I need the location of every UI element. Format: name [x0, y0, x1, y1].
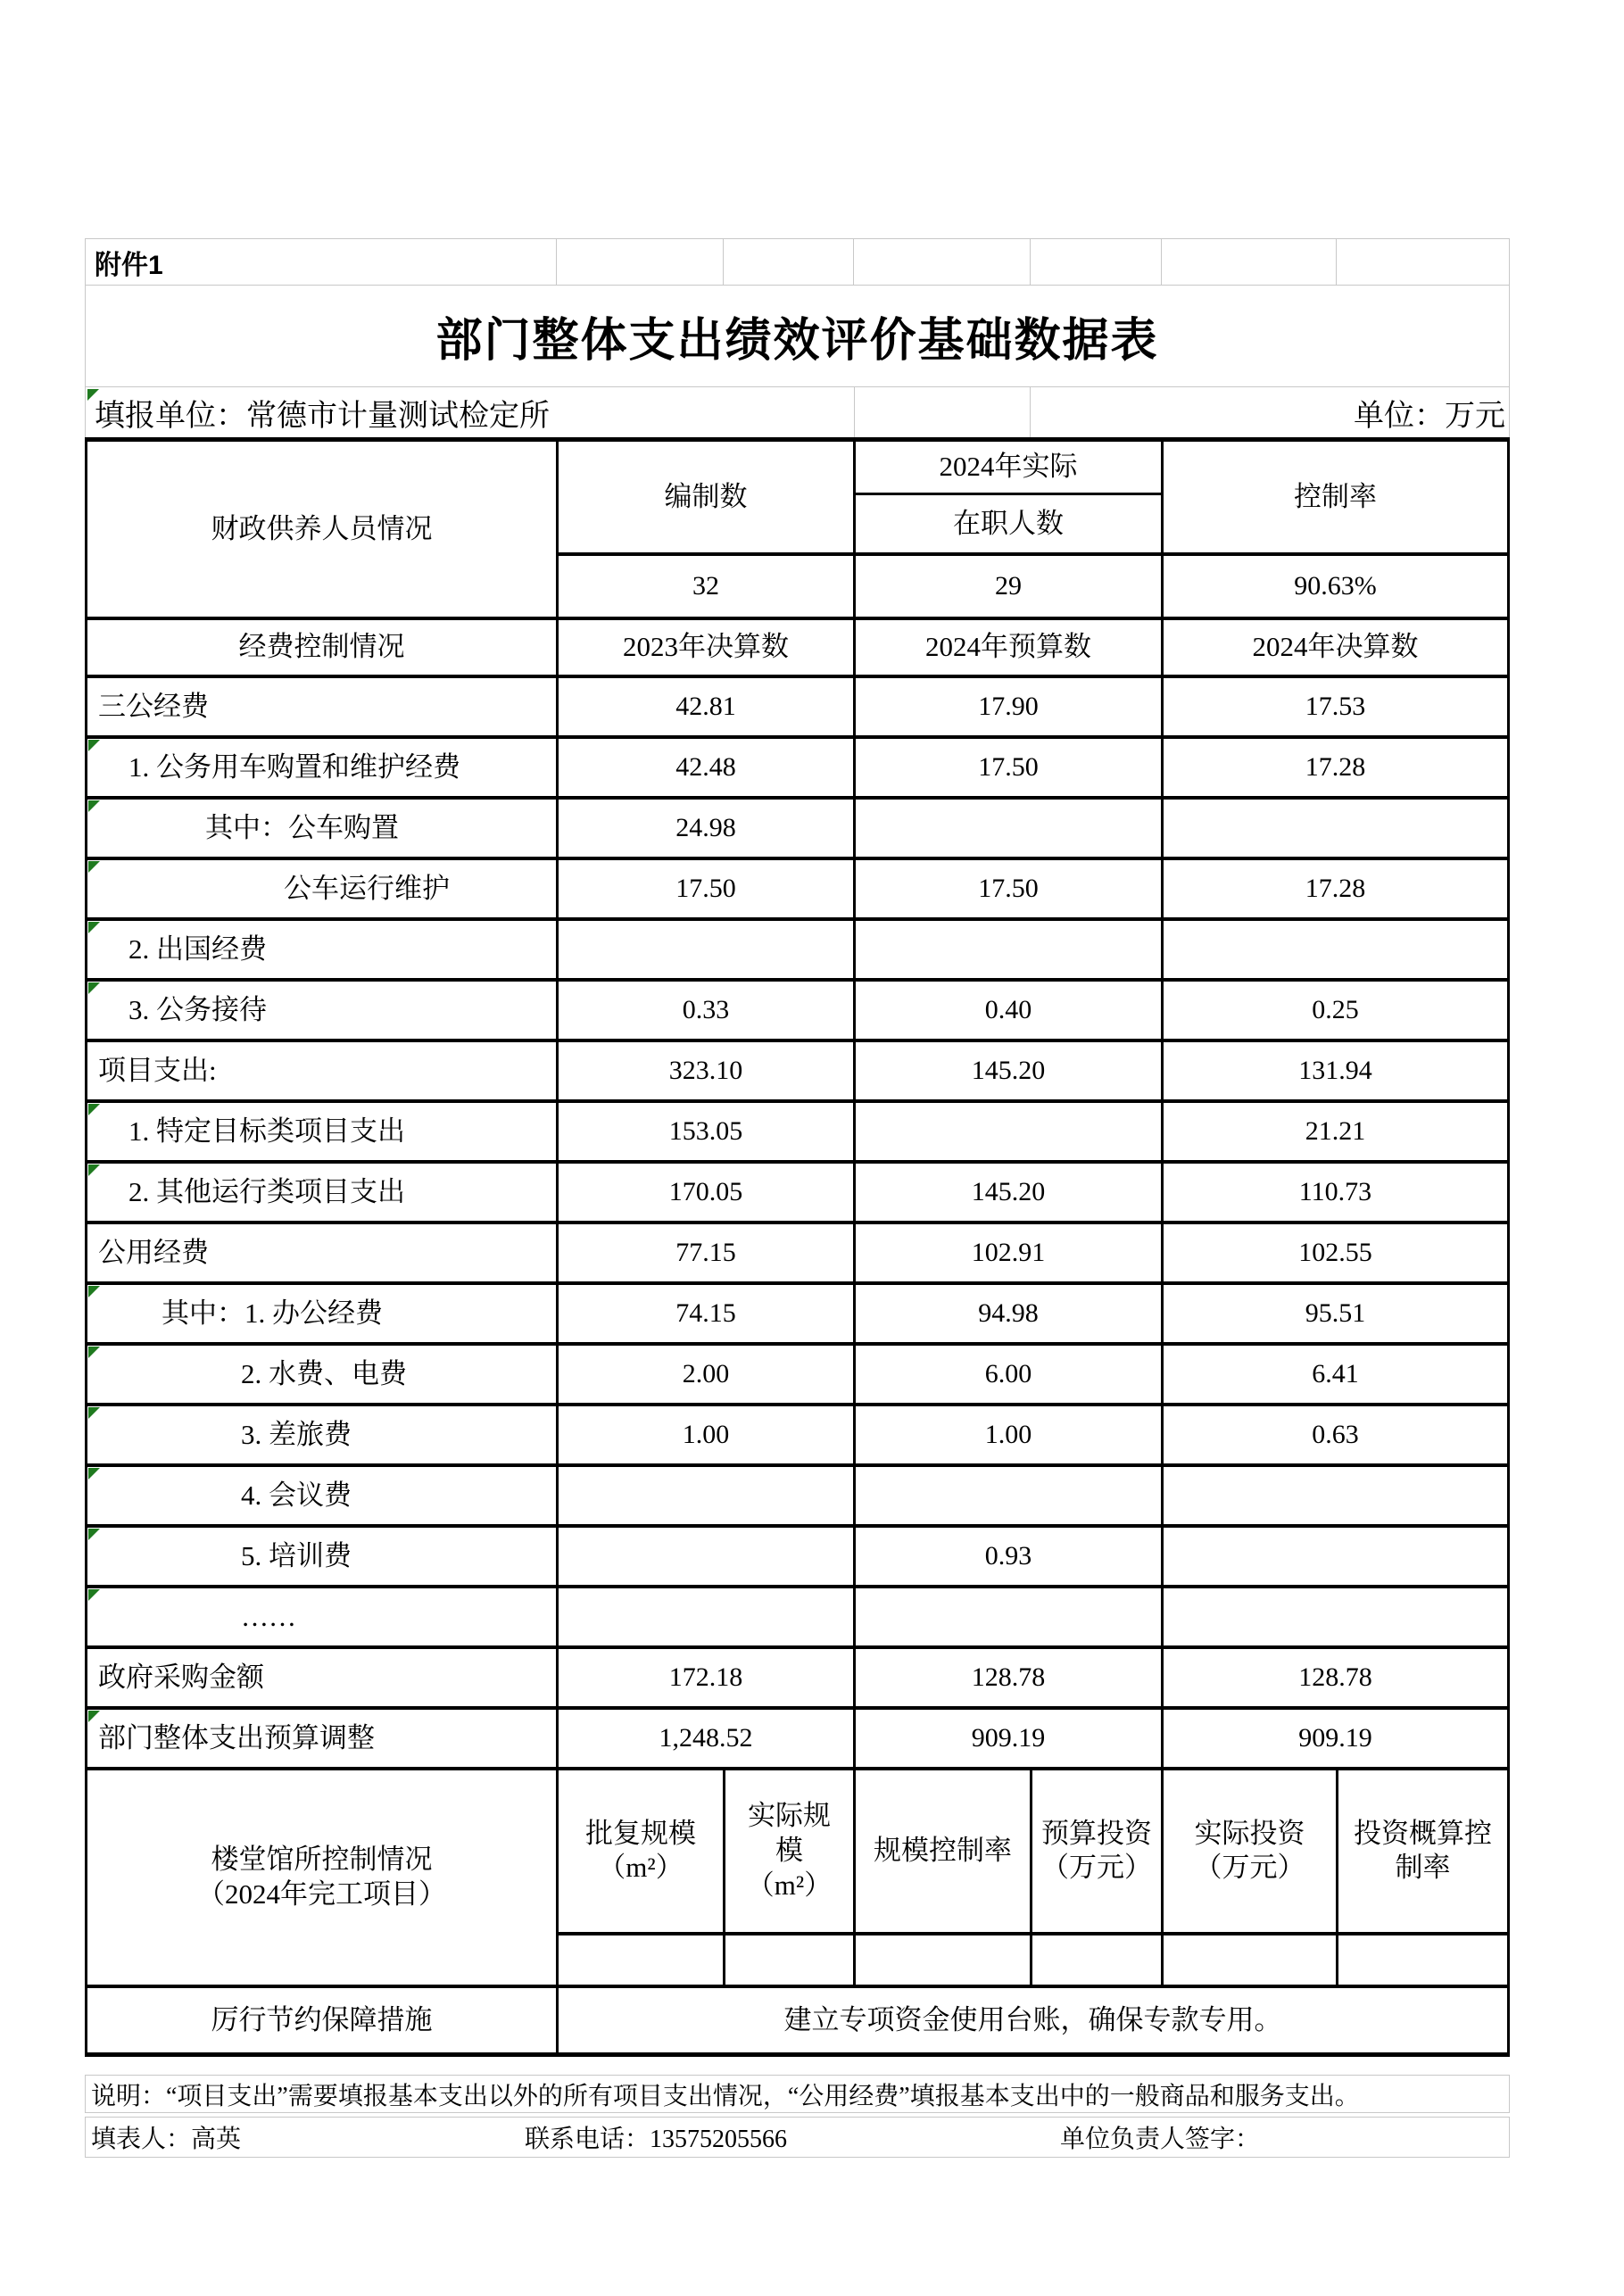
table-row: 政府采购金额 172.18 128.78 128.78: [87, 1649, 1507, 1710]
title-row: 部门整体支出绩效评价基础数据表: [85, 286, 1510, 387]
row-label: 2. 其他运行类项目支出: [128, 1175, 405, 1210]
value-2024-final: 128.78: [1164, 1649, 1507, 1706]
row-label: 公用经费: [98, 1236, 209, 1271]
value-2024-final: [1164, 921, 1507, 978]
col-2024-final: 2024年决算数: [1164, 620, 1507, 675]
control-rate-value: 90.63%: [1164, 556, 1507, 617]
cell-marker-icon: [88, 740, 100, 751]
row-label-cell: 2. 其他运行类项目支出: [87, 1164, 559, 1221]
row-label: 5. 培训费: [241, 1539, 352, 1574]
value-2024-final: 17.28: [1164, 860, 1507, 917]
building-subheader-row: 批复规模 （m²） 实际规 模 （m²） 规模控制率 预算投资 （万元） 实际投…: [559, 1770, 1507, 1935]
savings-label: 厉行节约保障措施: [87, 1988, 559, 2052]
value-2024-budget: 102.91: [856, 1224, 1164, 1281]
col-2023-final: 2023年决算数: [559, 620, 856, 675]
value-2023-final: 323.10: [559, 1042, 856, 1099]
row-label-cell: 2. 水费、电费: [87, 1346, 559, 1403]
attachment-label: 附件1: [86, 243, 163, 282]
value-2024-budget: [856, 1588, 1164, 1645]
report-unit-label: 填报单位：常德市计量测试检定所: [86, 387, 854, 437]
value-2023-final: 17.50: [559, 860, 856, 917]
row-label: 2. 水费、电费: [241, 1357, 407, 1392]
building-value: [1338, 1935, 1507, 1985]
table-row: 3. 差旅费 1.00 1.00 0.63: [87, 1406, 1507, 1467]
table-row: 1. 公务用车购置和维护经费 42.48 17.50 17.28: [87, 739, 1507, 800]
grid-cell: [1337, 239, 1509, 285]
grid-cell: [1031, 239, 1162, 285]
value-2024-final: [1164, 800, 1507, 857]
main-table: 财政供养人员情况 编制数 32 2024年实际 在职人数 29 控制率 90.6…: [85, 437, 1510, 2057]
value-2024-budget: 17.50: [856, 739, 1164, 796]
col-2024-budget: 2024年预算数: [856, 620, 1164, 675]
value-2024-budget: 6.00: [856, 1346, 1164, 1403]
grid-cell: [724, 239, 854, 285]
row-label-cell: 三公经费: [87, 678, 559, 735]
table-row: 公车运行维护 17.50 17.50 17.28: [87, 860, 1507, 921]
table-row: 其中：公车购置 24.98: [87, 800, 1507, 860]
row-label-cell: 公车运行维护: [87, 860, 559, 917]
funds-section-label: 经费控制情况: [87, 620, 559, 675]
grid-cell: [854, 239, 1031, 285]
row-label-cell: 5. 培训费: [87, 1528, 559, 1585]
value-2024-budget: 1.00: [856, 1406, 1164, 1463]
value-2024-budget: 128.78: [856, 1649, 1164, 1706]
cell-marker-icon: [87, 389, 99, 401]
table-row: 2. 水费、电费 2.00 6.00 6.41: [87, 1346, 1507, 1406]
table-row: 三公经费 42.81 17.90 17.53: [87, 678, 1507, 739]
report-unit-row: 填报单位：常德市计量测试检定所 单位：万元: [85, 387, 1510, 437]
building-block: 楼堂馆所控制情况 （2024年完工项目） 批复规模 （m²） 实际规 模 （m²…: [87, 1770, 1507, 1988]
building-row-label: 楼堂馆所控制情况 （2024年完工项目）: [87, 1770, 559, 1985]
value-2023-final: 24.98: [559, 800, 856, 857]
row-label-cell: 1. 特定目标类项目支出: [87, 1103, 559, 1160]
establishment-header: 编制数: [559, 442, 853, 556]
cell-marker-icon: [88, 1711, 100, 1722]
preparer-label: 填表人：高英: [91, 2119, 241, 2155]
cell-marker-icon: [88, 1165, 100, 1176]
value-2023-final: 74.15: [559, 1285, 856, 1342]
value-2023-final: 77.15: [559, 1224, 856, 1281]
row-label: 4. 会议费: [241, 1479, 352, 1513]
value-2024-budget: [856, 800, 1164, 857]
value-2024-budget: [856, 921, 1164, 978]
value-2024-budget: 0.40: [856, 982, 1164, 1039]
value-2024-final: [1164, 1588, 1507, 1645]
control-rate-column: 控制率 90.63%: [1164, 442, 1507, 617]
grid-cell: [854, 387, 1031, 437]
control-rate-header: 控制率: [1164, 442, 1507, 556]
building-value: [856, 1935, 1032, 1985]
value-2024-budget: 94.98: [856, 1285, 1164, 1342]
footer-row: 填表人：高英 联系电话：13575205566 单位负责人签字：: [85, 2117, 1510, 2158]
row-label: 项目支出:: [98, 1054, 217, 1089]
building-col-approved-scale: 批复规模 （m²）: [559, 1770, 725, 1932]
note-text: 说明：“项目支出”需要填报基本支出以外的所有项目支出情况，“公用经费”填报基本支…: [91, 2076, 1360, 2112]
actual-year-header: 2024年实际: [856, 442, 1161, 495]
building-col-estimate-control: 投资概算控 制率: [1338, 1770, 1507, 1932]
row-label-cell: 其中：1. 办公经费: [87, 1285, 559, 1342]
value-2024-final: 102.55: [1164, 1224, 1507, 1281]
staffing-header-block: 财政供养人员情况 编制数 32 2024年实际 在职人数 29 控制率 90.6…: [87, 442, 1507, 620]
building-col-scale-control: 规模控制率: [856, 1770, 1032, 1932]
row-label: 其中：1. 办公经费: [162, 1297, 383, 1331]
row-label-cell: 3. 公务接待: [87, 982, 559, 1039]
table-row: 5. 培训费 0.93: [87, 1528, 1507, 1588]
value-2024-budget: 909.19: [856, 1710, 1164, 1767]
cell-marker-icon: [88, 1104, 100, 1115]
value-2024-budget: 17.90: [856, 678, 1164, 735]
value-2023-final: 1,248.52: [559, 1710, 856, 1767]
value-2024-final: 17.53: [1164, 678, 1507, 735]
row-label-cell: 公用经费: [87, 1224, 559, 1281]
building-value: [559, 1935, 725, 1985]
table-row: ……: [87, 1588, 1507, 1649]
value-2024-final: [1164, 1467, 1507, 1524]
row-label: 公车运行维护: [284, 872, 450, 907]
row-label-cell: 政府采购金额: [87, 1649, 559, 1706]
staffing-row-label: 财政供养人员情况: [87, 442, 559, 617]
building-values-row: [559, 1935, 1507, 1985]
cell-marker-icon: [88, 922, 100, 933]
row-label: ……: [241, 1600, 296, 1635]
unit-note-label: 单位：万元: [1031, 387, 1509, 437]
value-2023-final: 42.48: [559, 739, 856, 796]
value-2023-final: 170.05: [559, 1164, 856, 1221]
table-row: 公用经费 77.15 102.91 102.55: [87, 1224, 1507, 1285]
value-2023-final: [559, 1588, 856, 1645]
table-row: 部门整体支出预算调整 1,248.52 909.19 909.19: [87, 1710, 1507, 1770]
building-col-actual-invest: 实际投资 （万元）: [1164, 1770, 1338, 1932]
value-2024-final: 6.41: [1164, 1346, 1507, 1403]
table-row: 3. 公务接待 0.33 0.40 0.25: [87, 982, 1507, 1042]
signature-label: 单位负责人签字：: [1060, 2119, 1260, 2155]
value-2023-final: [559, 1528, 856, 1585]
value-2024-budget: 145.20: [856, 1042, 1164, 1099]
phone-label: 联系电话：13575205566: [525, 2119, 787, 2155]
actual-column: 2024年实际 在职人数 29: [856, 442, 1164, 617]
building-col-budget-invest: 预算投资 （万元）: [1032, 1770, 1164, 1932]
funds-header-row: 经费控制情况 2023年决算数 2024年预算数 2024年决算数: [87, 620, 1507, 678]
note-row: 说明：“项目支出”需要填报基本支出以外的所有项目支出情况，“公用经费”填报基本支…: [85, 2075, 1510, 2113]
row-label-cell: 项目支出:: [87, 1042, 559, 1099]
establishment-column: 编制数 32: [559, 442, 856, 617]
value-2024-budget: 0.93: [856, 1528, 1164, 1585]
value-2024-final: 17.28: [1164, 739, 1507, 796]
value-2023-final: 42.81: [559, 678, 856, 735]
cell-marker-icon: [88, 1286, 100, 1297]
value-2024-final: 909.19: [1164, 1710, 1507, 1767]
row-label: 政府采购金额: [98, 1661, 264, 1695]
row-label-cell: 其中：公车购置: [87, 800, 559, 857]
establishment-count: 32: [559, 556, 853, 617]
row-label-cell: 3. 差旅费: [87, 1406, 559, 1463]
table-row: 4. 会议费: [87, 1467, 1507, 1528]
savings-row: 厉行节约保障措施 建立专项资金使用台账，确保专款专用。: [87, 1988, 1507, 2052]
value-2024-budget: 145.20: [856, 1164, 1164, 1221]
row-label-cell: 4. 会议费: [87, 1467, 559, 1524]
page-title: 部门整体支出绩效评价基础数据表: [435, 303, 1158, 369]
building-value: [1032, 1935, 1164, 1985]
grid-cell: [1162, 239, 1337, 285]
cell-marker-icon: [88, 1468, 100, 1480]
building-col-actual-scale: 实际规 模 （m²）: [725, 1770, 856, 1932]
value-2023-final: [559, 921, 856, 978]
value-2023-final: [559, 1467, 856, 1524]
value-2024-final: [1164, 1528, 1507, 1585]
row-label-cell: ……: [87, 1588, 559, 1645]
building-value: [1164, 1935, 1338, 1985]
table-row: 2. 其他运行类项目支出 170.05 145.20 110.73: [87, 1164, 1507, 1224]
row-label: 三公经费: [98, 690, 209, 725]
cell-marker-icon: [88, 1407, 100, 1419]
value-2024-budget: [856, 1467, 1164, 1524]
value-2024-final: 0.63: [1164, 1406, 1507, 1463]
row-label: 2. 出国经费: [128, 932, 267, 967]
row-label: 其中：公车购置: [205, 811, 399, 846]
row-label: 部门整体支出预算调整: [98, 1721, 375, 1756]
value-2023-final: 1.00: [559, 1406, 856, 1463]
funds-rows: 三公经费 42.81 17.90 17.53 1. 公务用车购置和维护经费 42…: [87, 678, 1507, 1770]
value-2024-final: 0.25: [1164, 982, 1507, 1039]
row-label: 1. 公务用车购置和维护经费: [128, 750, 460, 785]
value-2024-final: 131.94: [1164, 1042, 1507, 1099]
cell-marker-icon: [88, 982, 100, 994]
cell-marker-icon: [88, 1589, 100, 1601]
on-duty-header: 在职人数: [856, 495, 1161, 556]
value-2024-final: 110.73: [1164, 1164, 1507, 1221]
value-2024-budget: [856, 1103, 1164, 1160]
row-label-cell: 2. 出国经费: [87, 921, 559, 978]
row-label: 3. 公务接待: [128, 993, 267, 1028]
table-row: 其中：1. 办公经费 74.15 94.98 95.51: [87, 1285, 1507, 1346]
building-subgrid: 批复规模 （m²） 实际规 模 （m²） 规模控制率 预算投资 （万元） 实际投…: [559, 1770, 1507, 1985]
row-label-cell: 1. 公务用车购置和维护经费: [87, 739, 559, 796]
document-page: { "page": { "attachment_label": "附件1", "…: [0, 0, 1624, 2296]
cell-marker-icon: [88, 1347, 100, 1358]
row-label: 3. 差旅费: [241, 1418, 352, 1453]
grid-cell: [557, 239, 724, 285]
value-2023-final: 2.00: [559, 1346, 856, 1403]
on-duty-count: 29: [856, 556, 1161, 617]
savings-value: 建立专项资金使用台账，确保专款专用。: [559, 1988, 1507, 2052]
cell-marker-icon: [88, 800, 100, 812]
row-label-cell: 部门整体支出预算调整: [87, 1710, 559, 1767]
cell-marker-icon: [88, 861, 100, 873]
value-2024-final: 95.51: [1164, 1285, 1507, 1342]
table-row: 1. 特定目标类项目支出 153.05 21.21: [87, 1103, 1507, 1164]
value-2024-budget: 17.50: [856, 860, 1164, 917]
table-row: 2. 出国经费: [87, 921, 1507, 982]
value-2023-final: 153.05: [559, 1103, 856, 1160]
row-label: 1. 特定目标类项目支出: [128, 1115, 405, 1149]
value-2023-final: 172.18: [559, 1649, 856, 1706]
table-row: 项目支出: 323.10 145.20 131.94: [87, 1042, 1507, 1103]
value-2024-final: 21.21: [1164, 1103, 1507, 1160]
building-value: [725, 1935, 856, 1985]
cell-marker-icon: [88, 1529, 100, 1540]
attachment-row: 附件1: [85, 238, 1510, 286]
value-2023-final: 0.33: [559, 982, 856, 1039]
